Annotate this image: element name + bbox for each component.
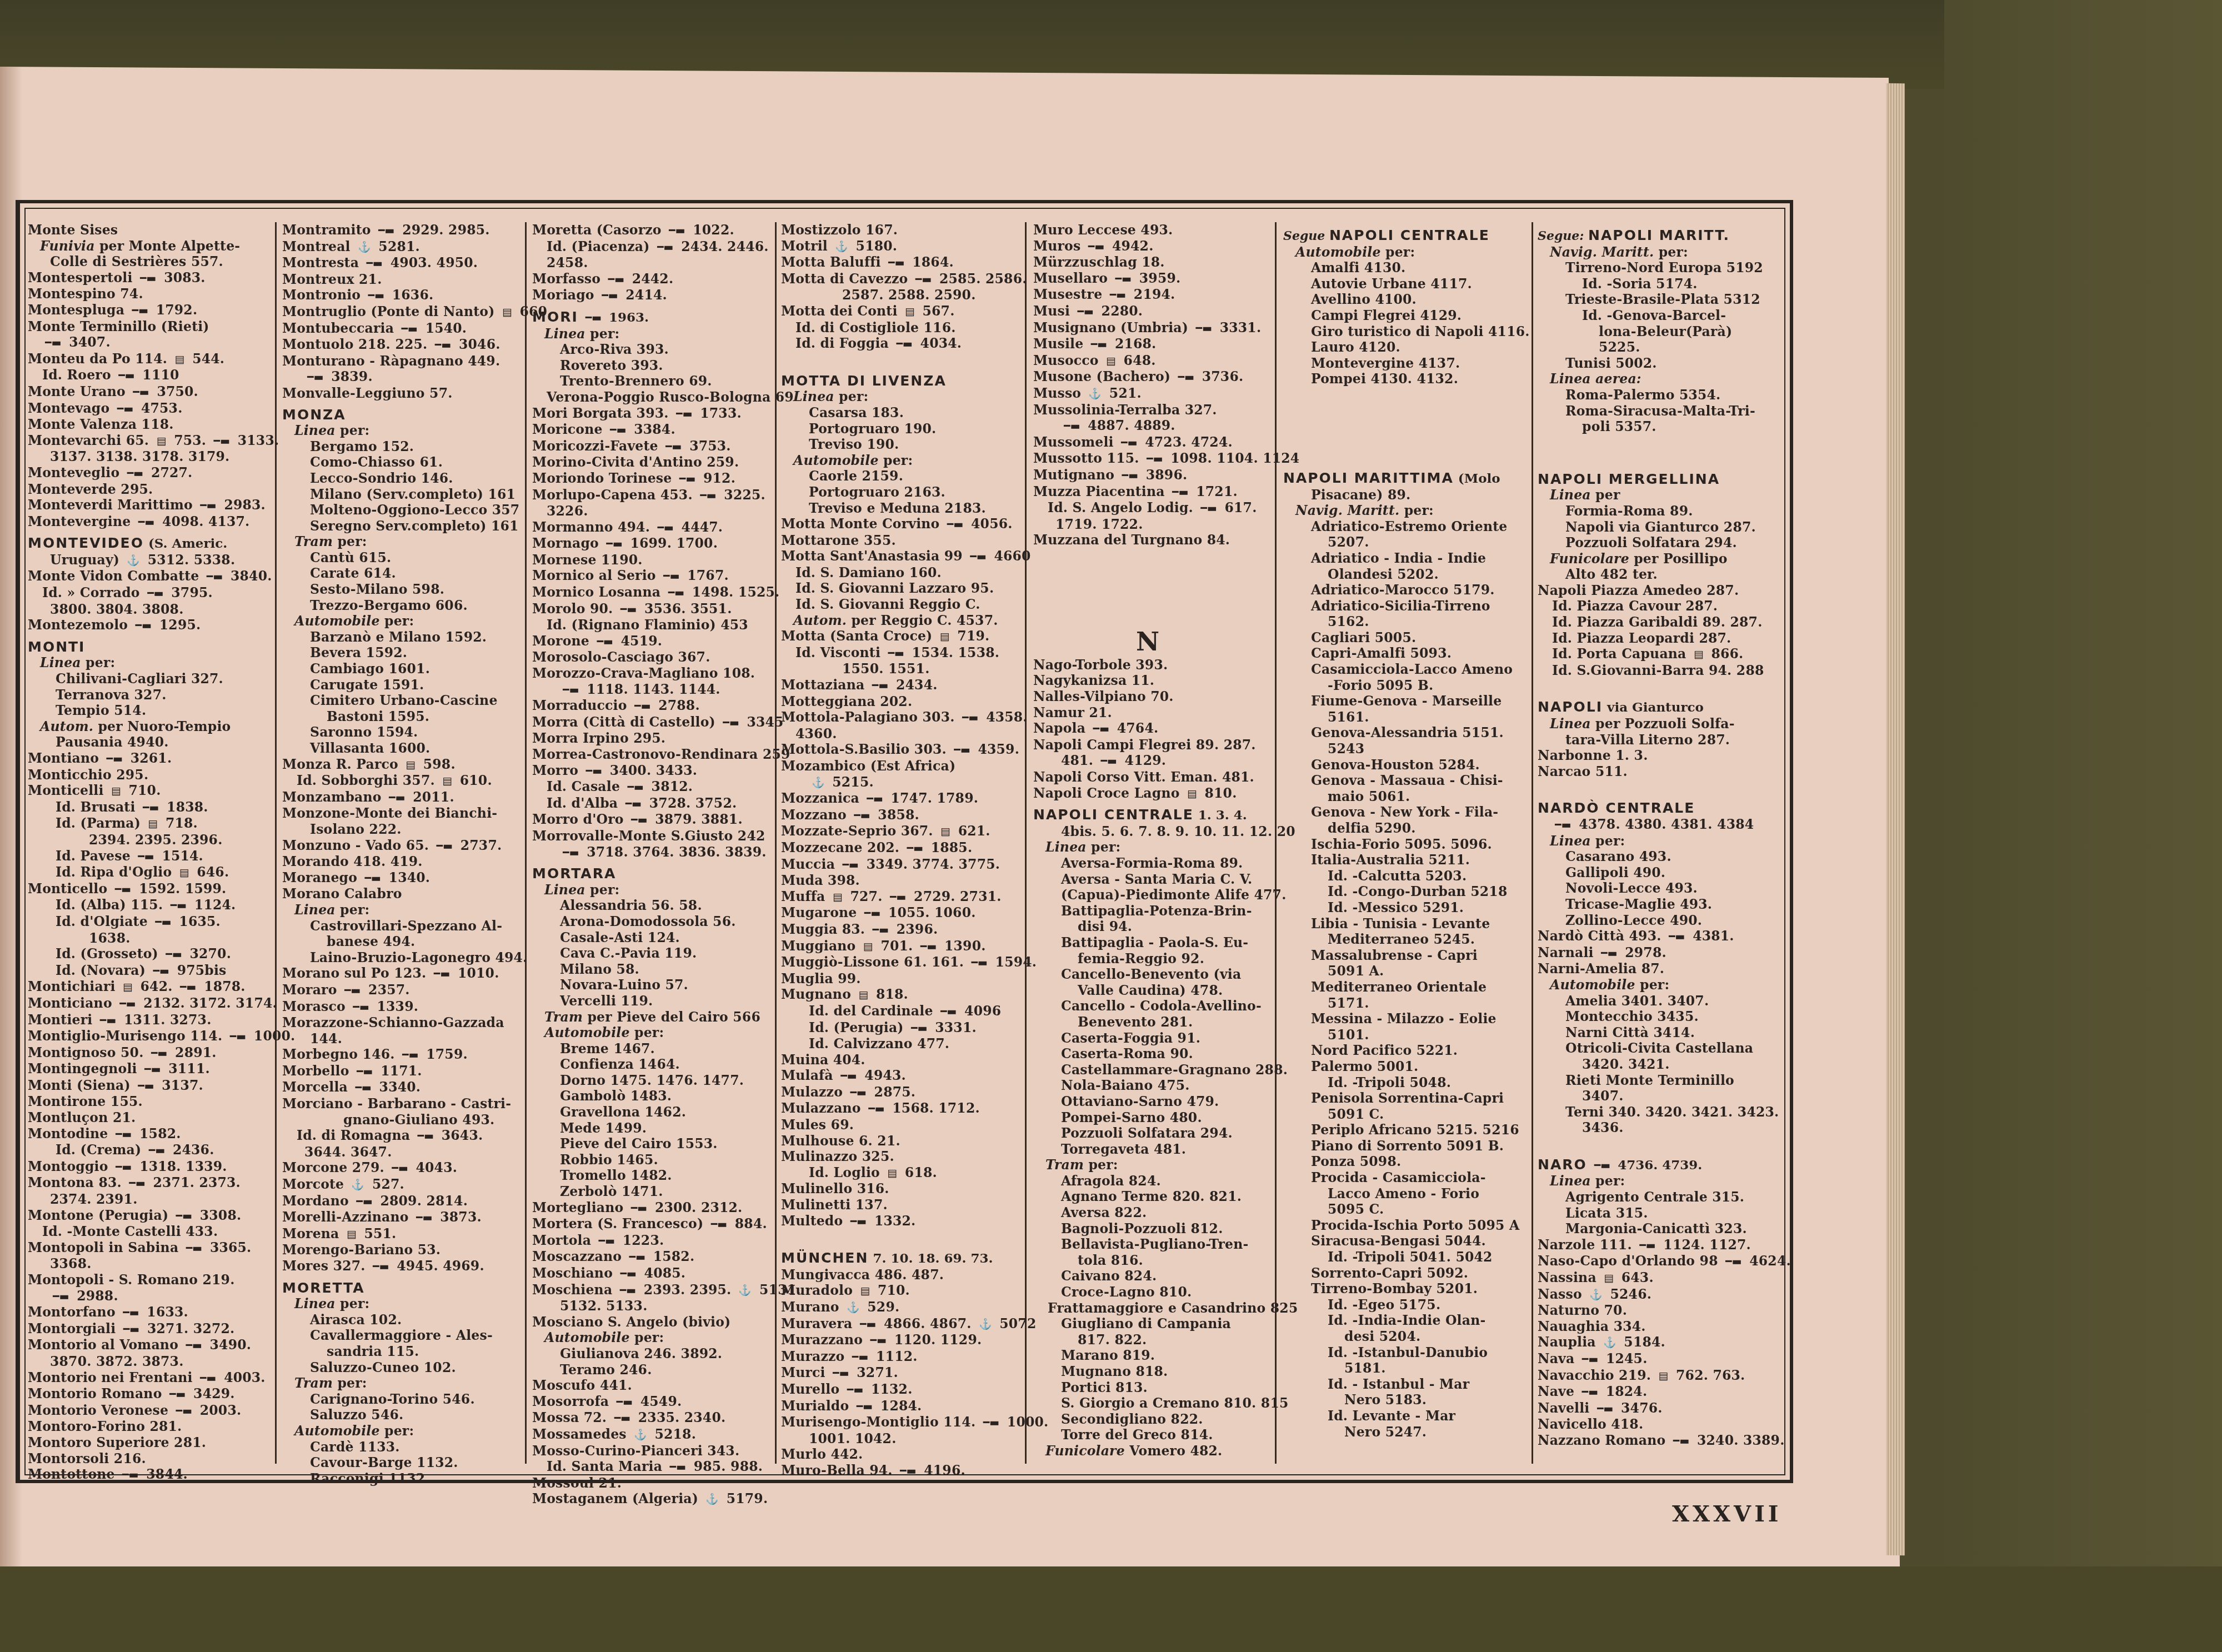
autobus-icon: ━▬ [954,742,970,758]
autobus-icon: ━▬ [983,1415,1000,1431]
index-entry: Motteggiana 202. [781,694,1028,710]
index-entry: 5095 C. [1283,1202,1530,1218]
index-entry: Id. (Alba) 115. ━▬ 1124. [28,897,275,914]
index-entry: Id. Sobborghi 357. ▤ 610. [282,773,529,789]
index-entry: Napoli via Gianturco 287. [1538,519,1782,535]
index-heading: MONTI [28,639,275,655]
index-entry: Montevergine ━▬ 4098. 4137. [28,514,275,530]
tram-icon: ▤ [905,304,915,320]
index-entry: Mossa 72. ━▬ 2335. 2340. [532,1410,779,1426]
index-entry: Teramo 246. [532,1362,779,1378]
index-entry: Genova-Houston 5284. [1283,757,1530,773]
index-entry: Massalubrense - Capri [1283,948,1530,964]
index-entry: Torre del Greco 814. [1033,1427,1280,1443]
index-entry: Giro turistico di Napoli 4116. [1283,324,1530,340]
autobus-icon: ━▬ [631,812,648,828]
index-entry: Mosciano S. Angelo (bivio) [532,1314,779,1330]
index-entry: Id. Visconti ━▬ 1534. 1538. [781,645,1028,662]
autobus-icon: ━▬ [127,465,144,482]
index-entry: Montottone ━▬ 3844. [28,1466,275,1483]
index-entry: 3407. [1538,1088,1782,1104]
index-entry: Nasso ⚓ 5246. [1538,1286,1782,1303]
autobus-icon: ━▬ [116,1127,132,1143]
index-entry: Cavour-Barge 1132. [282,1455,529,1471]
autobus-icon: ━▬ [373,1259,389,1275]
column-divider [1532,222,1533,1464]
index-entry: Muccia ━▬ 3349. 3774. 3775. [781,857,1028,873]
index-entry: 5225. [1538,339,1782,356]
tram-icon: ▤ [123,979,133,995]
autobus-icon: ━▬ [625,796,642,812]
autobus-icon: ━▬ [1088,239,1105,255]
autobus-icon: ━▬ [847,1382,864,1398]
autobus-icon: ━▬ [186,1240,203,1256]
index-entry: 481. ━▬ 4129. [1033,753,1280,769]
index-entry: Id. S.Giovanni-Barra 94. 288 [1538,663,1782,679]
index-entry: Monzambano ━▬ 2011. [282,789,529,806]
index-entry: Casarsa 183. [781,405,1028,421]
spacer [1033,548,1280,564]
index-entry: 3420. 3421. [1538,1057,1782,1073]
autobus-icon: ━▬ [1639,1238,1656,1254]
autobus-icon: ━▬ [629,1249,646,1265]
autobus-icon: ━▬ [850,1085,867,1101]
index-entry: Id. -Monte Castelli 433. [28,1224,275,1240]
autobus-icon: ━▬ [606,536,623,552]
autobus-icon: ━▬ [1594,1158,1610,1174]
spacer [781,352,1028,368]
index-entry: Ponza 5098. [1283,1154,1530,1170]
autobus-icon: ━▬ [670,1459,687,1475]
index-entry: Montoro Superiore 281. [28,1435,275,1451]
index-entry: 5243 [1283,741,1530,757]
index-section-label: Funicolare Vomero 482. [1033,1443,1280,1459]
index-entry: Montone (Perugia) ━▬ 3308. [28,1208,275,1224]
autobus-icon: ━▬ [610,422,627,438]
index-entry: Caorle 2159. [781,468,1028,484]
index-entry: 5162. [1283,614,1530,630]
index-entry: 2374. 2391. [28,1192,275,1208]
index-entry: Mortegliano ━▬ 2300. 2312. [532,1200,779,1217]
spacer [1033,579,1280,595]
index-entry: Nave ━▬ 1824. [1538,1384,1782,1400]
index-entry: Id. (Grosseto) ━▬ 3270. [28,946,275,963]
index-entry: Morazzone-Schianno-Gazzada [282,1015,529,1031]
index-entry: Genova - Massaua - Chisi- [1283,773,1530,789]
index-entry: Roma-Palermo 5354. [1538,387,1782,403]
index-entry: Muro-Bella 94. ━▬ 4196. [781,1463,1028,1479]
autobus-icon: ━▬ [857,1399,873,1415]
autobus-icon: ━▬ [911,1020,928,1037]
ship-icon: ⚓ [739,1283,752,1299]
index-entry: Narbonne 1. 3. [1538,748,1782,764]
index-section-label: Navig. Maritt. per: [1283,503,1530,519]
tram-icon: ▤ [406,757,416,773]
index-entry: Montorio Veronese ━▬ 2003. [28,1403,275,1419]
index-entry: 5171. [1283,995,1530,1012]
index-entry: 3870. 3872. 3873. [28,1354,275,1370]
index-entry: Cantù 615. [282,550,529,566]
index-entry: Murci ━▬ 3271. [781,1365,1028,1381]
spacer [1538,1136,1782,1152]
autobus-icon: ━▬ [200,1370,217,1386]
index-entry: 5101. [1283,1027,1530,1043]
index-section-label: Linea per: [1538,1173,1782,1189]
index-entry: Id. S. Angelo Lodig. ━▬ 617. [1033,500,1280,517]
autobus-icon: ━▬ [418,1128,434,1144]
index-entry: Adriatico-Estremo Oriente [1283,519,1530,535]
index-section-label: Automobile per: [282,1423,529,1439]
autobus-icon: ━▬ [1200,500,1217,517]
index-entry: Ischia-Forio 5095. 5096. [1283,837,1530,853]
index-entry: Mornico al Serio ━▬ 1767. [532,568,779,584]
index-entry: Musignano (Umbria) ━▬ 3331. [1033,320,1280,337]
index-entry: 1719. 1722. [1033,517,1280,533]
index-entry: Napoli Campi Flegrei 89. 287. [1033,737,1280,753]
index-entry: Moricone ━▬ 3384. [532,422,779,438]
index-entry: Montresta ━▬ 4903. 4950. [282,255,529,272]
index-column-4: Mostizzolo 167.Motril ⚓ 5180.Motta Baluf… [781,222,1028,1479]
index-entry: Monteverdi Marittimo ━▬ 2983. [28,497,275,514]
index-entry: Campi Flegrei 4129. [1283,308,1530,324]
autobus-icon: ━▬ [1091,337,1108,353]
index-entry: Monte Terminillo (Rieti) [28,319,275,335]
index-entry: Rovereto 393. [532,358,779,374]
index-entry: Id. Casale ━▬ 3812. [532,779,779,795]
index-entry: Mutignano ━▬ 3896. [1033,467,1280,484]
index-entry: Treviso 190. [781,437,1028,453]
autobus-icon: ━▬ [563,845,579,861]
autobus-icon: ━▬ [867,791,883,807]
index-entry: Adriatico - India - Indie [1283,550,1530,567]
autobus-icon: ━▬ [416,1210,433,1226]
index-entry: Formia-Roma 89. [1538,503,1782,519]
autobus-icon: ━▬ [900,1463,917,1479]
index-entry: 2458. [532,255,779,271]
index-entry: Casale-Asti 124. [532,930,779,946]
index-entry: Montorio nei Frentani ━▬ 4003. [28,1370,275,1386]
index-entry: Montluçon 21. [28,1110,275,1126]
index-entry: Id. -Genova-Barcel- [1538,308,1782,324]
spacer [1033,564,1280,579]
autobus-icon: ━▬ [663,568,680,584]
tram-icon: ▤ [1694,647,1704,663]
autobus-icon: ━▬ [186,1338,202,1354]
autobus-icon: ━▬ [940,1004,957,1020]
index-entry: Monteverde 295. [28,482,275,498]
index-entry: Pozzuoli Solfatara 294. [1033,1125,1280,1142]
index-entry: Casamicciola-Lacco Ameno [1283,662,1530,678]
index-entry: Morino-Civita d'Antino 259. [532,454,779,470]
index-entry: Id. (Piacenza) ━▬ 2434. 2446. [532,239,779,256]
index-entry: Mortera (S. Francesco) ━▬ 884. [532,1216,779,1233]
index-entry: Milano 58. [532,962,779,978]
index-entry: Mozzecane 202. ━▬ 1885. [781,840,1028,857]
index-entry: Tempio 514. [28,703,275,719]
tram-icon: ▤ [1604,1270,1614,1286]
index-column-7: Segue: NAPOLI MARITT.Navig. Maritt. per:… [1538,222,1782,1449]
index-entry: Mozzanica ━▬ 1747. 1789. [781,790,1028,807]
index-entry: Morcone 279. ━▬ 4043. [282,1160,529,1177]
autobus-icon: ━▬ [868,1101,885,1117]
index-entry: Naso-Capo d'Orlando 98 ━▬ 4624. [1538,1253,1782,1270]
autobus-icon: ━▬ [116,1159,132,1175]
autobus-icon: ━▬ [138,514,155,530]
index-entry: Roma-Siracusa-Malta-Tri- [1538,403,1782,419]
index-entry: Id. Loglio ▤ 618. [781,1165,1028,1182]
autobus-icon: ━▬ [119,996,136,1012]
autobus-icon: ━▬ [1064,418,1080,434]
index-entry: Terni 340. 3420. 3421. 3423. [1538,1104,1782,1120]
index-column-2: Montramito ━▬ 2929. 2985.Montreal ⚓ 5281… [282,222,529,1486]
index-entry: Carugate 1591. [282,677,529,693]
index-entry: Monteu da Po 114. ▤ 544. [28,351,275,368]
index-entry: Montezemolo ━▬ 1295. [28,617,275,634]
index-entry: ⚓ 5215. [781,774,1028,791]
index-entry: Mornago ━▬ 1699. 1700. [532,535,779,552]
index-section-label: Linea per: [532,326,779,342]
index-entry: Napola ━▬ 4764. [1033,720,1280,737]
index-entry: Motta Baluffi ━▬ 1864. [781,254,1028,271]
index-entry: Musellaro ━▬ 3959. [1033,271,1280,287]
autobus-icon: ━▬ [1172,484,1189,500]
autobus-icon: ━▬ [122,1467,139,1483]
autobus-icon: ━▬ [366,256,383,272]
index-section-label: Tram per Pieve del Cairo 566 [532,1009,779,1025]
ship-icon: ⚓ [847,1300,860,1316]
index-entry: 3226. [532,503,779,519]
index-entry: Giulianova 246. 3892. [532,1346,779,1362]
index-entry: Morando 418. 419. [282,854,529,870]
index-entry: Mulazzo ━▬ 2875. [781,1084,1028,1101]
index-entry: Morciano - Barbarano - Castri- [282,1096,529,1112]
index-entry: Monte Urano ━▬ 3750. [28,384,275,401]
autobus-icon: ━▬ [132,303,149,319]
index-entry: Afragola 824. [1033,1173,1280,1189]
index-entry: Montevago ━▬ 4753. [28,401,275,417]
autobus-icon: ━▬ [143,800,159,816]
index-section-label: Funivia per Monte Alpette- [28,238,275,254]
index-entry: Portici 813. [1033,1380,1280,1396]
index-entry: Musone (Bachero) ━▬ 3736. [1033,369,1280,386]
index-entry: S. Giorgio a Cremano 810. 815 [1033,1395,1280,1411]
autobus-icon: ━▬ [620,602,637,618]
index-heading: NARDÒ CENTRALE [1538,800,1782,817]
index-entry: Id. S. Giovanni Lazzaro 95. [781,580,1028,597]
index-entry: Muzza Piacentina ━▬ 1721. [1033,484,1280,500]
index-entry: Mores 327. ━▬ 4945. 4969. [282,1258,529,1275]
index-entry: Margonia-Canicattì 323. [1538,1221,1782,1237]
index-entry: Otricoli-Civita Castellana [1538,1040,1782,1057]
index-entry: Battipaglia-Potenza-Brin- [1033,903,1280,919]
index-entry: 3368. [28,1256,275,1272]
autobus-icon: ━▬ [896,336,913,352]
autobus-icon: ━▬ [180,979,197,995]
autobus-icon: ━▬ [147,585,164,602]
index-entry: Morro d'Oro ━▬ 3879. 3881. [532,812,779,828]
index-entry: Monticello ━▬ 1592. 1599. [28,881,275,898]
index-entry: Id. di Costigliole 116. [781,320,1028,336]
index-entry: Murano ⚓ 529. [781,1299,1028,1316]
index-entry: Montona 83. ━▬ 2371. 2373. [28,1175,275,1192]
index-entry: ━▬ 1118. 1143. 1144. [532,682,779,698]
tram-icon: ▤ [347,1227,357,1243]
autobus-icon: ━▬ [364,870,381,887]
autobus-icon: ━▬ [1601,945,1618,962]
tram-icon: ▤ [157,433,167,449]
index-entry: Colle di Sestrières 557. [28,254,275,270]
index-entry: Torregaveta 481. [1033,1142,1280,1158]
index-entry: Mulinazzo 325. [781,1149,1028,1165]
index-entry: Agrigento Centrale 315. [1538,1189,1782,1205]
index-entry: Morra Irpino 295. [532,730,779,747]
index-entry: Procida - Casamicciola- [1283,1170,1530,1186]
index-entry: Chilivani-Cagliari 327. [28,671,275,687]
autobus-icon: ━▬ [140,271,157,287]
index-entry: Alto 482 ter. [1538,567,1782,583]
index-entry: Nero 5247. [1283,1424,1530,1440]
index-entry: Mulinetti 137. [781,1197,1028,1213]
index-section-label: Autom. per Reggio C. 4537. [781,613,1028,629]
index-entry: Novara-Luino 57. [532,977,779,993]
index-entry: Moranego ━▬ 1340. [282,870,529,887]
index-entry: Mede 1499. [532,1120,779,1137]
autobus-icon: ━▬ [1147,451,1163,467]
index-section-label: Automobile per: [1283,244,1530,261]
spacer [1033,610,1280,626]
index-entry: Motril ⚓ 5180. [781,238,1028,255]
index-entry: Nazzano Romano ━▬ 3240. 3389. [1538,1433,1782,1449]
index-entry: Id. -Congo-Durban 5218 [1283,884,1530,900]
index-entry: Morlupo-Capena 453. ━▬ 3225. [532,487,779,504]
index-entry: Muravera ━▬ 4866. 4867. ⚓ 5072 [781,1316,1028,1333]
ship-icon: ⚓ [358,239,371,256]
ship-icon: ⚓ [1603,1335,1617,1351]
index-entry: Mussotto 115. ━▬ 1098. 1104. 1124 [1033,450,1280,467]
index-entry: Montichiari ▤ 642. ━▬ 1878. [28,979,275,995]
index-entry: Montevarchi 65. ▤ 753. ━▬ 3133. [28,433,275,449]
index-entry: 3644. 3647. [282,1144,529,1160]
index-entry: Naturno 70. [1538,1303,1782,1319]
section-letter: N [1136,627,1159,657]
index-entry: Saluzzo-Cuneo 102. [282,1360,529,1376]
index-entry: Motta Sant'Anastasia 99 ━▬ 4660 [781,548,1028,565]
index-entry: Mori Borgata 393. ━▬ 1733. [532,406,779,422]
index-entry: Mossoul 21. [532,1475,779,1491]
index-entry: Muglia 99. [781,971,1028,987]
autobus-icon: ━▬ [123,1321,140,1338]
index-entry: Pisacane) 89. [1283,487,1530,503]
index-entry: Morosolo-Casciago 367. [532,649,779,665]
index-entry: Gambolò 1483. [532,1088,779,1104]
index-entry: Casarano 493. [1538,849,1782,865]
autobus-icon: ━▬ [356,1194,373,1210]
index-entry: Narni Città 3414. [1538,1025,1782,1041]
autobus-icon: ━▬ [176,1403,193,1419]
tram-icon: ▤ [1106,353,1116,369]
spacer [1283,418,1530,434]
index-entry: Tromello 1482. [532,1168,779,1184]
index-entry: 2587. 2588. 2590. [781,287,1028,303]
index-entry: Id. Piazza Garibaldi 89. 287. [1538,614,1782,630]
index-entry: 4360. [781,726,1028,742]
autobus-icon: ━▬ [1582,1384,1599,1400]
index-entry: Racconigi 1132. [282,1471,529,1487]
index-entry: Mussomeli ━▬ 4723. 4724. [1033,434,1280,451]
index-entry: Montorio Romano ━▬ 3429. [28,1386,275,1403]
autobus-icon: ━▬ [679,471,696,487]
autobus-icon: ━▬ [920,939,937,955]
index-entry: Mozambico (Est Africa) [781,758,1028,774]
index-column-6: Segue NAPOLI CENTRALEAutomobile per:Amal… [1283,222,1530,1440]
index-entry: Id. Piazza Leopardi 287. [1538,630,1782,647]
autobus-icon: ━▬ [860,1316,877,1333]
autobus-icon: ━▬ [700,488,717,504]
index-entry: Lauro 4120. [1283,339,1530,356]
index-entry: Pieve del Cairo 1553. [532,1136,779,1152]
index-entry: ━▬ 3839. [282,369,529,386]
autobus-icon: ━▬ [970,549,987,565]
autobus-icon: ━▬ [151,1045,168,1062]
index-entry: Mugarone ━▬ 1055. 1060. [781,905,1028,922]
index-entry: Mulazzano ━▬ 1568. 1712. [781,1100,1028,1117]
autobus-icon: ━▬ [711,1217,728,1233]
index-entry: desi 5204. [1283,1329,1530,1345]
index-entry: Trezzo-Bergamo 606. [282,598,529,614]
index-entry: Verona-Poggio Rusco-Bologna 69 [532,389,779,406]
index-entry: Morrea-Castronovo-Rendinara 259 [532,747,779,763]
index-entry: Pausania 4940. [28,734,275,750]
autobus-icon: ━▬ [133,384,149,401]
index-entry: Dorno 1475. 1476. 1477. [532,1073,779,1089]
autobus-icon: ━▬ [115,882,132,898]
index-section-label: Linea per: [1538,833,1782,849]
index-entry: Id. (Parma) ▤ 718. [28,815,275,832]
autobus-icon: ━▬ [852,1349,869,1365]
tram-icon: ▤ [179,865,189,881]
autobus-icon: ━▬ [634,698,651,714]
autobus-icon: ━▬ [971,955,988,971]
index-entry: Portogruaro 190. [781,421,1028,437]
index-entry: Adriatico-Sicilia-Tirreno [1283,598,1530,614]
index-entry: Breme 1467. [532,1041,779,1057]
index-entry: Robbio 1465. [532,1152,779,1168]
index-entry: 144. [282,1031,529,1047]
index-heading: NARO ━▬ 4736. 4739. [1538,1157,1782,1174]
autobus-icon: ━▬ [1725,1254,1742,1270]
index-entry: Morraduccio ━▬ 2788. [532,698,779,714]
index-entry: Moriondo Torinese ━▬ 912. [532,470,779,487]
index-entry: Id. -Egeo 5175. [1283,1297,1530,1313]
index-entry: Montramito ━▬ 2929. 2985. [282,222,529,239]
index-entry: Como-Chiasso 61. [282,454,529,470]
index-section-label: Linea per [1538,487,1782,503]
index-entry: Montorfano ━▬ 1633. [28,1304,275,1321]
index-entry: Mottola-S.Basilio 303. ━▬ 4359. [781,742,1028,758]
index-entry: Moriago ━▬ 2414. [532,287,779,304]
index-entry: Id. (Crema) ━▬ 2436. [28,1142,275,1159]
autobus-icon: ━▬ [149,1143,166,1159]
index-entry: Molteno-Oggiono-Lecco 357 [282,502,529,518]
autobus-icon: ━▬ [627,779,644,795]
autobus-icon: ━▬ [602,288,618,304]
index-entry: Avellino 4100. [1283,292,1530,308]
autobus-icon: ━▬ [129,1175,146,1192]
autobus-icon: ━▬ [435,337,452,353]
ship-icon: ⚓ [705,1491,719,1508]
index-entry: Monticiano ━▬ 2132. 3172. 3174. [28,995,275,1012]
index-entry: Montopoli in Sabina ━▬ 3365. [28,1240,275,1256]
